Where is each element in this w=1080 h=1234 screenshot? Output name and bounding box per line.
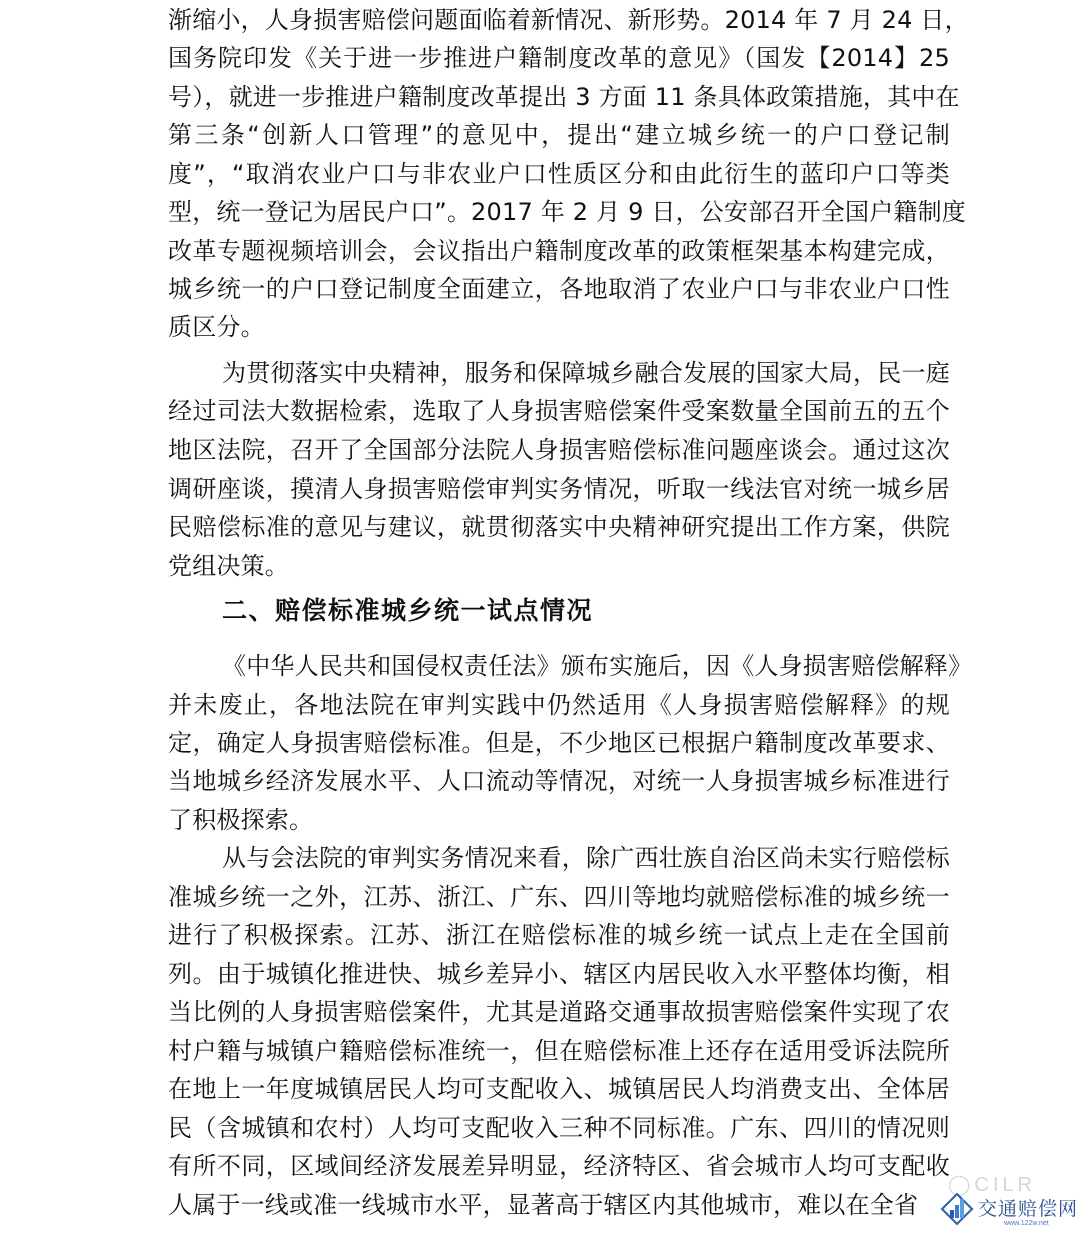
- text-line: 地区法院，召开了全国部分法院人身损害赔偿标准问题座谈会。通过这次: [168, 431, 950, 469]
- watermark-site-name: 交通赔偿网: [978, 1194, 1078, 1221]
- text-line: 民赔偿标准的意见与建议，就贯彻落实中央精神研究提出工作方案，供院: [168, 508, 950, 546]
- watermark-wechat-label: CILR: [974, 1174, 1036, 1196]
- text-line: 在地上一年度城镇居民人均可支配收入、城镇居民人均消费支出、全体居: [168, 1070, 950, 1108]
- text-line: 党组决策。: [168, 547, 950, 585]
- text-line: 号），就进一步推进户籍制度改革提出 3 方面 11 条具体政策措施，其中在: [168, 78, 950, 116]
- text-line: 了积极探索。: [168, 801, 950, 839]
- text-line: 有所不同，区域间经济发展差异明显，经济特区、省会城市人均可支配收: [168, 1147, 950, 1185]
- watermark-wechat-text: ◯CILR: [948, 1172, 1028, 1194]
- text-line: 质区分。: [168, 308, 950, 346]
- text-line: 人属于一线或准一线城市水平，显著高于辖区内其他城市，难以在全省: [168, 1186, 950, 1224]
- text-line: 经过司法大数据检索，选取了人身损害赔偿案件受案数量全国前五的五个: [168, 392, 950, 430]
- text-line: 度”，“取消农业户口与非农业户口性质区分和由此衍生的蓝印户口等类: [168, 155, 950, 193]
- text-line: 第三条“创新人口管理”的意见中，提出“建立城乡统一的户口登记制: [168, 116, 950, 154]
- watermark: ◯CILR 交通赔偿网 www.122w.net: [940, 1170, 1080, 1234]
- text-line: 村户籍与城镇户籍赔偿标准统一，但在赔偿标准上还存在适用受诉法院所: [168, 1032, 950, 1070]
- text-line: 从与会法院的审判实务情况来看，除广西壮族自治区尚未实行赔偿标: [222, 839, 950, 877]
- text-line: 定，确定人身损害赔偿标准。但是，不少地区已根据户籍制度改革要求、: [168, 724, 950, 762]
- text-line: 型，统一登记为居民户口”。2017 年 2 月 9 日，公安部召开全国户籍制度: [168, 193, 950, 231]
- text-line: 《中华人民共和国侵权责任法》颁布实施后，因《人身损害赔偿解释》: [222, 647, 950, 685]
- text-line: 当比例的人身损害赔偿案件，尤其是道路交通事故损害赔偿案件实现了农: [168, 993, 950, 1031]
- text-line: 准城乡统一之外，江苏、浙江、广东、四川等地均就赔偿标准的城乡统一: [168, 878, 950, 916]
- text-line: 城乡统一的户口登记制度全面建立，各地取消了农业户口与非农业户口性: [168, 270, 950, 308]
- text-line: 渐缩小，人身损害赔偿问题面临着新情况、新形势。2014 年 7 月 24 日，: [168, 1, 950, 39]
- section-heading: 二、赔偿标准城乡统一试点情况: [222, 592, 593, 630]
- text-line: 进行了积极探索。江苏、浙江在赔偿标准的城乡统一试点上走在全国前: [168, 916, 950, 954]
- text-line: 民（含城镇和农村）人均可支配收入三种不同标准。广东、四川的情况则: [168, 1109, 950, 1147]
- text-line: 国务院印发《关于进一步推进户籍制度改革的意见》（国发【2014】25: [168, 39, 950, 77]
- text-line: 为贯彻落实中央精神，服务和保障城乡融合发展的国家大局，民一庭: [222, 354, 950, 392]
- text-line: 并未废止，各地法院在审判实践中仍然适用《人身损害赔偿解释》的规: [168, 686, 950, 724]
- watermark-site-url: www.122w.net: [1004, 1220, 1049, 1227]
- text-line: 当地城乡经济发展水平、人口流动等情况，对统一人身损害城乡标准进行: [168, 762, 950, 800]
- bar-chart-diamond-logo-icon: [940, 1192, 974, 1226]
- text-line: 改革专题视频培训会，会议指出户籍制度改革的政策框架基本构建完成，: [168, 232, 950, 270]
- text-line: 调研座谈，摸清人身损害赔偿审判实务情况，听取一线法官对统一城乡居: [168, 470, 950, 508]
- text-line: 列。由于城镇化推进快、城乡差异小、辖区内居民收入水平整体均衡，相: [168, 955, 950, 993]
